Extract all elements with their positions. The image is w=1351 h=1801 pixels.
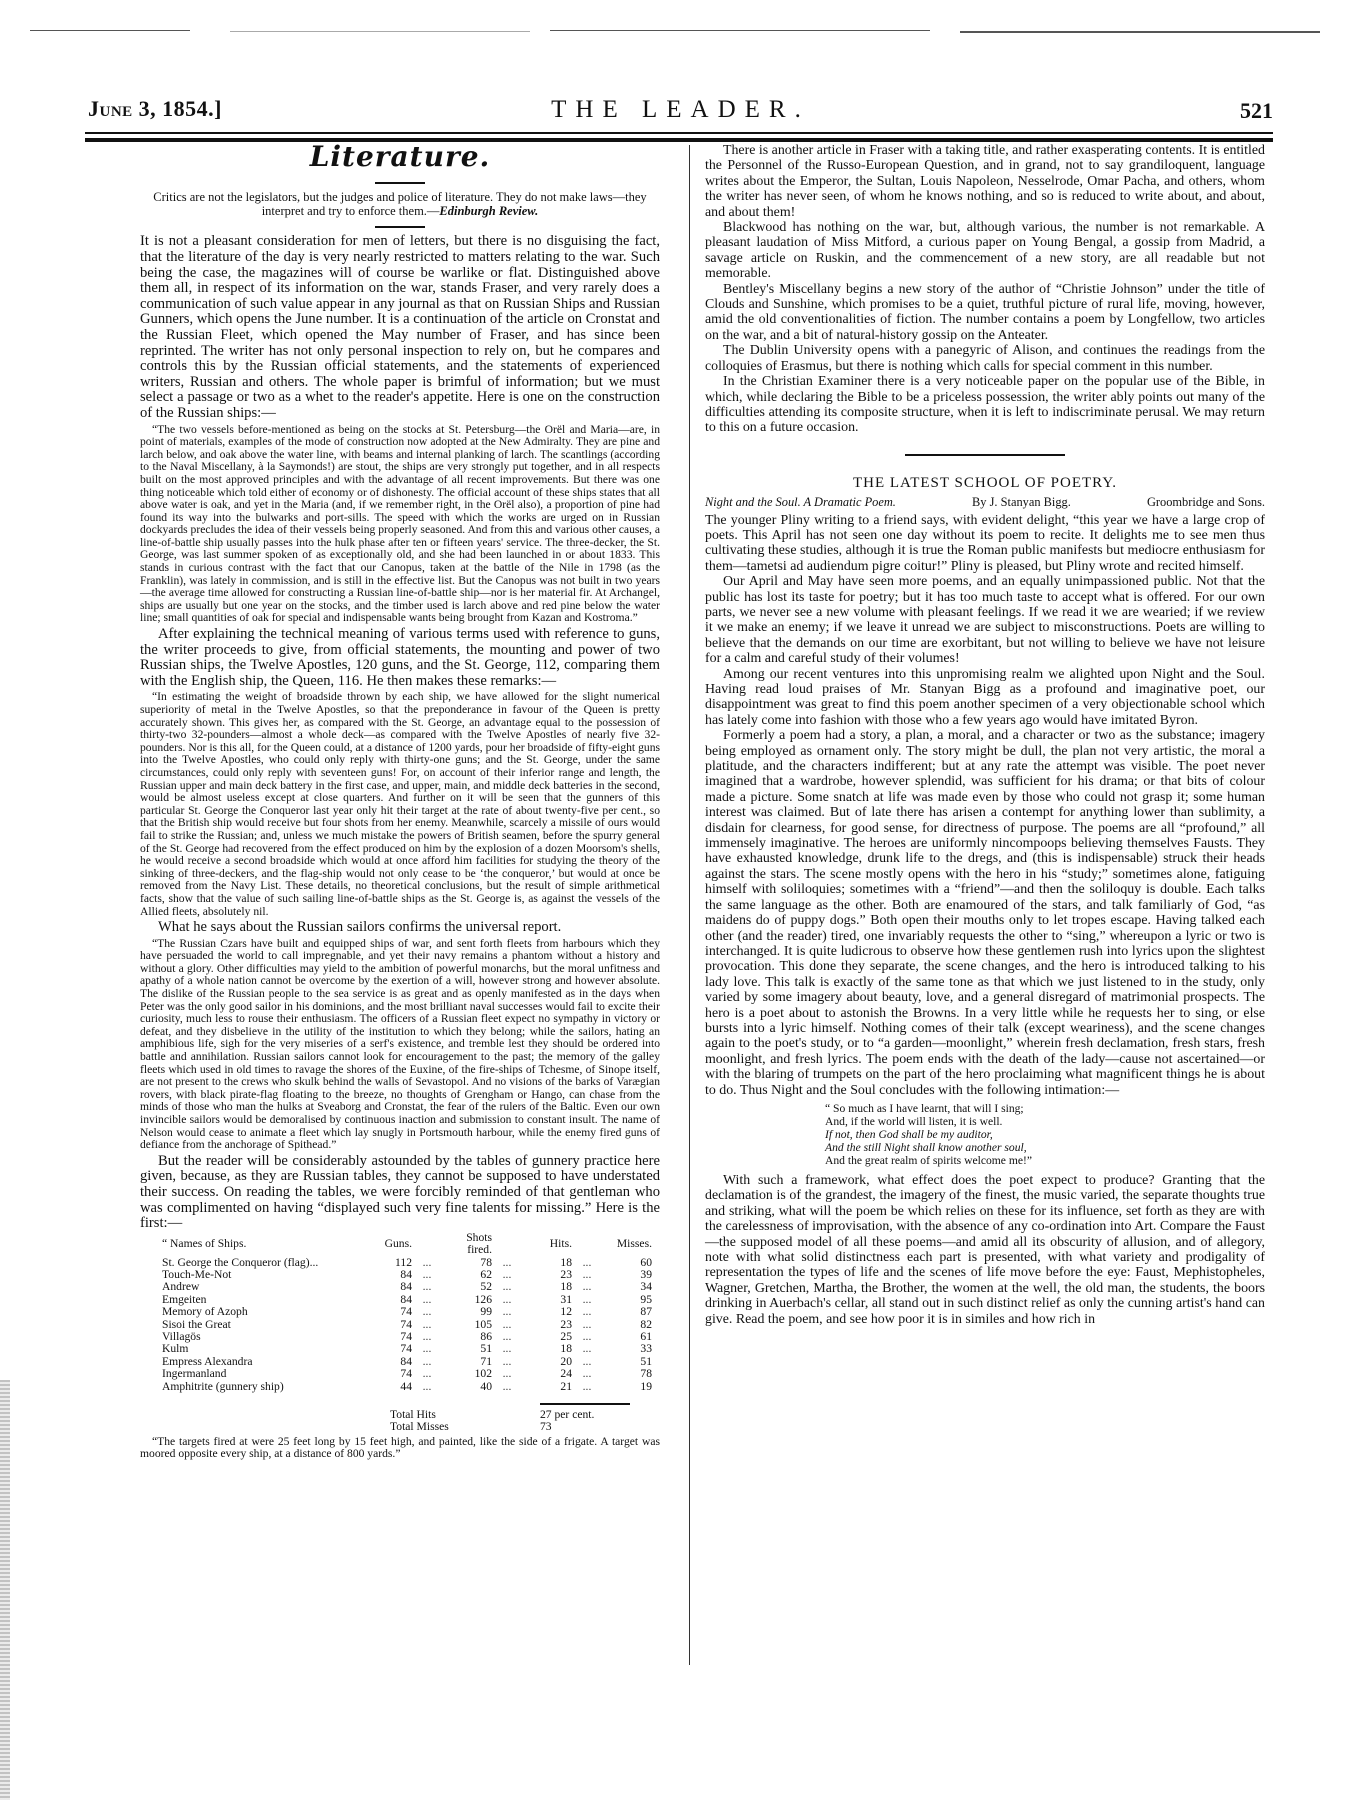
table-row: Memory of Azoph74...99...12...87 [162,1306,652,1318]
paragraph: Our April and May have seen more poems, … [705,574,1265,666]
paragraph: The younger Pliny writing to a friend sa… [705,513,1265,575]
guns: 84 [362,1281,412,1293]
hits: 21 [522,1381,572,1393]
gunnery-table: “ Names of Ships. Guns. Shots fired. Hit… [162,1232,652,1393]
guns: 74 [362,1368,412,1380]
misses: 87 [602,1306,652,1318]
paragraph: Bentley's Miscellany begins a new story … [705,282,1265,344]
leader-dots: ... [412,1281,442,1293]
verse-line: And the still Night shall know another s… [825,1141,1265,1154]
table-row: Amphitrite (gunnery ship)44...40...21...… [162,1381,652,1393]
leader-dots: ... [572,1306,602,1318]
leader-dots: ... [412,1306,442,1318]
book-citation: Night and the Soul. A Dramatic Poem. By … [705,495,1265,510]
guns: 44 [362,1381,412,1393]
scan-edge [0,1380,10,1800]
section-rule [375,182,425,184]
masthead-rule [85,132,1273,142]
guns: 74 [362,1343,412,1355]
epigraph-rule [375,226,425,228]
leader-dots: ... [492,1368,522,1380]
leader-dots: ... [572,1281,602,1293]
masthead: June 3, 1854.] THE LEADER. 521 [88,96,1273,132]
review-title: THE LATEST SCHOOL OF POETRY. [705,476,1265,491]
table-row: Andrew84...52...18...34 [162,1281,652,1293]
epigraph-text: Critics are not the legislators, but the… [153,190,646,218]
totals-rule [540,1403,630,1405]
col-header-misses: Misses. [602,1232,652,1257]
book-author: By J. Stanyan Bigg. [972,495,1071,510]
table-row: Ingermanland74...102...24...78 [162,1368,652,1380]
block-quote: “The targets fired at were 25 feet long … [140,1436,660,1461]
leader-dots: ... [412,1368,442,1380]
page-number: 521 [1240,98,1273,124]
paragraph: There is another article in Fraser with … [705,143,1265,220]
col-header-hits: Hits. [522,1232,572,1257]
right-column: There is another article in Fraser with … [705,143,1265,1327]
col-header-guns: Guns. [362,1232,412,1257]
hits: 24 [522,1368,572,1380]
paragraph: But the reader will be considerably asto… [140,1154,660,1232]
newspaper-title: THE LEADER. [88,96,1273,124]
article-divider [905,454,1065,456]
leader-dots: ... [492,1306,522,1318]
book-publisher: Groombridge and Sons. [1147,495,1265,510]
total-misses-label: Total Misses [390,1421,540,1433]
verse-line: “ So much as I have learnt, that will I … [825,1102,1265,1115]
verse-line: And, if the world will listen, it is wel… [825,1115,1265,1128]
paragraph: After explaining the technical meaning o… [140,627,660,689]
ship-name: Memory of Azoph [162,1306,362,1318]
misses: 33 [602,1343,652,1355]
epigraph: Critics are not the legislators, but the… [140,190,660,218]
misses: 34 [602,1281,652,1293]
book-title: Night and the Soul. A Dramatic Poem. [705,495,896,510]
shots-fired: 52 [442,1281,492,1293]
hits: 12 [522,1306,572,1318]
shots-fired: 40 [442,1381,492,1393]
table-header-row: “ Names of Ships. Guns. Shots fired. Hit… [162,1232,652,1257]
ship-name: Andrew [162,1281,362,1293]
ship-name: Amphitrite (gunnery ship) [162,1381,362,1393]
leader-dots: ... [492,1343,522,1355]
block-quote: “In estimating the weight of broadside t… [140,691,660,918]
verse-line: And the great realm of spirits welcome m… [825,1154,1265,1167]
section-title: Literature. [140,149,660,164]
paragraph: In the Christian Examiner there is a ver… [705,374,1265,436]
epigraph-source: Edinburgh Review. [439,204,538,218]
guns: 74 [362,1306,412,1318]
verse-line: If not, then God shall be my auditor, [825,1128,1265,1141]
total-misses-value: 73 [540,1421,552,1433]
paragraph: Blackwood has nothing on the war, but, a… [705,220,1265,282]
paragraph: It is not a pleasant consideration for m… [140,234,660,421]
paragraph: What he says about the Russian sailors c… [140,920,660,936]
leader-dots: ... [572,1381,602,1393]
leader-dots: ... [572,1368,602,1380]
ship-name: Villagös [162,1331,362,1343]
shots-fired: 51 [442,1343,492,1355]
leader-dots: ... [492,1281,522,1293]
verse-quote: “ So much as I have learnt, that will I … [825,1102,1265,1167]
leader-dots: ... [572,1343,602,1355]
hits: 18 [522,1343,572,1355]
scan-artifact-band [30,22,1320,36]
left-column: Literature. Critics are not the legislat… [140,143,660,1463]
ship-name: Kulm [162,1343,362,1355]
table-totals: Total Hits27 per cent. Total Misses73 [390,1403,660,1434]
leader-dots: ... [412,1343,442,1355]
shots-fired: 99 [442,1306,492,1318]
paragraph: Formerly a poem had a story, a plan, a m… [705,728,1265,1098]
leader-dots: ... [412,1381,442,1393]
leader-dots: ... [492,1381,522,1393]
misses: 19 [602,1381,652,1393]
ship-name: Ingermanland [162,1368,362,1380]
hits: 18 [522,1281,572,1293]
block-quote: “The Russian Czars have built and equipp… [140,938,660,1152]
paragraph: With such a framework, what effect does … [705,1173,1265,1327]
paragraph: Among our recent ventures into this unpr… [705,667,1265,729]
column-divider [689,145,690,1665]
col-header-shots: Shots fired. [442,1232,492,1257]
shots-fired: 102 [442,1368,492,1380]
paragraph: The Dublin University opens with a paneg… [705,343,1265,374]
table-row: Kulm74...51...18...33 [162,1343,652,1355]
table-body: St. George the Conqueror (flag)...112...… [162,1257,652,1393]
misses: 78 [602,1368,652,1380]
col-header-ship: “ Names of Ships. [162,1232,362,1257]
block-quote: “The two vessels before-mentioned as bei… [140,424,660,626]
